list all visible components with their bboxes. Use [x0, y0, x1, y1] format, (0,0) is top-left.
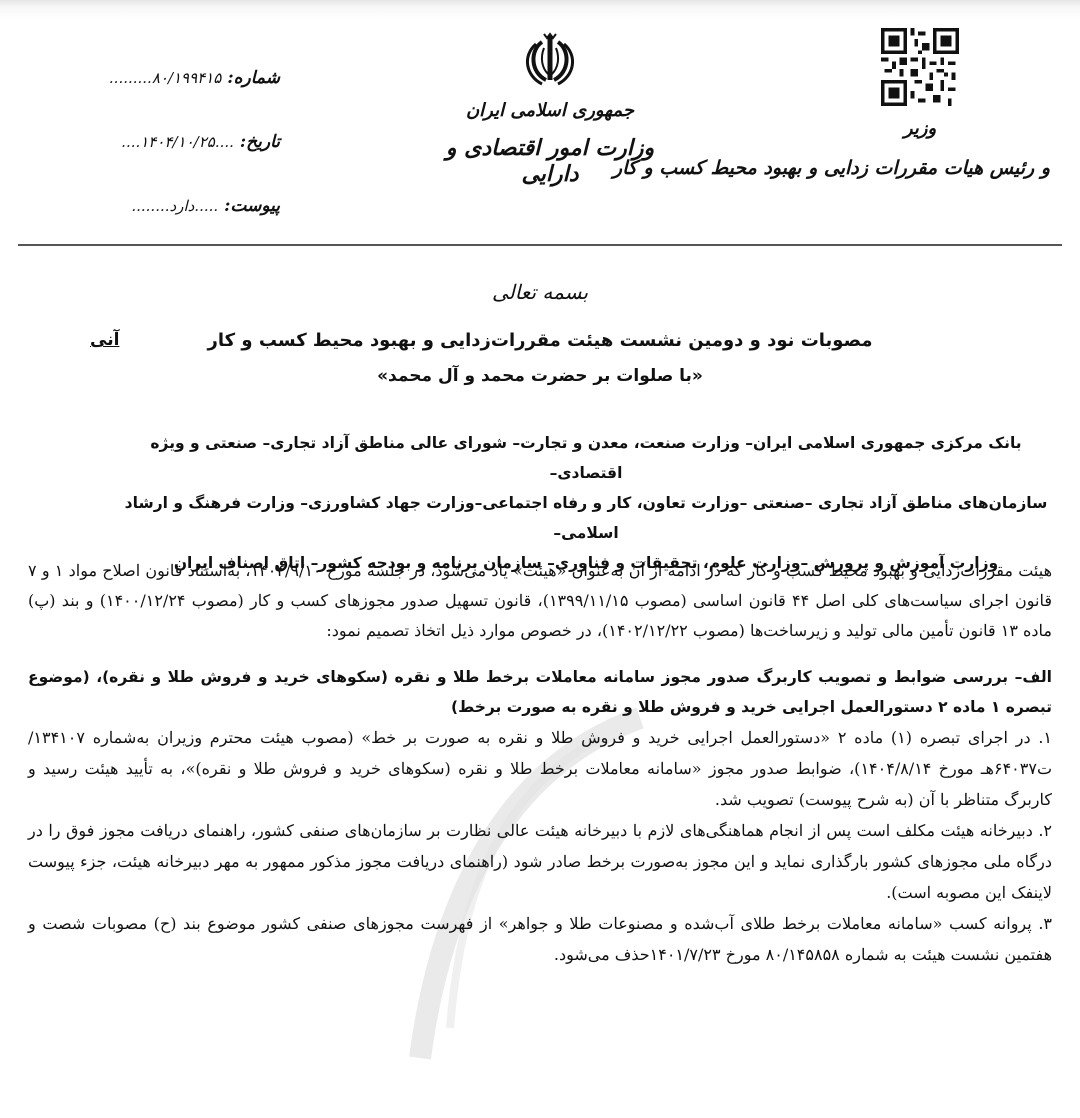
qr-code-icon[interactable] [881, 28, 959, 106]
letter-number-label: شماره: [227, 68, 280, 88]
iran-emblem-icon [522, 28, 578, 88]
preamble-paragraph: هیئت مقررات‌زدایی و بهبود محیط کسب و کار… [28, 556, 1052, 646]
letter-attachment-row: پیوست: .....دارد........ [40, 196, 280, 260]
letter-date-row: تاریخ: ....۱۴۰۴/۱۰/۲۵.... [40, 132, 280, 196]
letter-date-label: تاریخ: [240, 132, 280, 152]
letter-number-value: ۸۰/۱۹۹۴۱۵......... [109, 69, 221, 87]
document-title: مصوبات نود و دومین نشست هیئت مقررات‌زدای… [0, 330, 1080, 351]
resolution-item: ۲. دبیرخانه هیئت مکلف است پس از انجام هم… [28, 815, 1052, 908]
header-divider [18, 244, 1062, 246]
recipients-line: بانک مرکزی جمهوری اسلامی ایران– وزارت صن… [120, 428, 1052, 488]
salavat-line: «با صلوات بر حضرت محمد و آل محمد» [0, 366, 1080, 386]
bismillah: بسمه تعالی [0, 280, 1080, 304]
letter-number-row: شماره: ۸۰/۱۹۹۴۱۵......... [40, 68, 280, 132]
section-a-heading: الف– بررسی ضوابط و تصویب کاربرگ صدور مجو… [28, 662, 1052, 722]
minister-label: وزیر [790, 118, 1050, 139]
republic-name: جمهوری اسلامی ایران [430, 100, 670, 121]
minister-title: و رئیس هیات مقررات زدایی و بهبود محیط کس… [790, 157, 1050, 179]
document-page: شماره: ۸۰/۱۹۹۴۱۵......... تاریخ: ....۱۴۰… [0, 18, 1080, 1118]
viewer-top-bar [0, 0, 1080, 18]
document-body: هیئت مقررات‌زدایی و بهبود محیط کسب و کار… [28, 556, 1052, 970]
minister-header: وزیر و رئیس هیات مقررات زدایی و بهبود مح… [790, 28, 1050, 179]
letter-meta: شماره: ۸۰/۱۹۹۴۱۵......... تاریخ: ....۱۴۰… [40, 68, 280, 260]
letter-attachment-label: پیوست: [224, 196, 280, 216]
recipients-line: سازمان‌های مناطق آزاد تجاری –صنعتی –وزار… [120, 488, 1052, 548]
resolution-item: ۳. پروانه کسب «سامانه معاملات برخط طلای … [28, 908, 1052, 970]
letter-attachment-value: .....دارد........ [131, 197, 218, 215]
letter-date-value: ....۱۴۰۴/۱۰/۲۵.... [121, 133, 234, 151]
resolution-item: ۱. در اجرای تبصره (۱) ماده ۲ «دستورالعمل… [28, 722, 1052, 815]
